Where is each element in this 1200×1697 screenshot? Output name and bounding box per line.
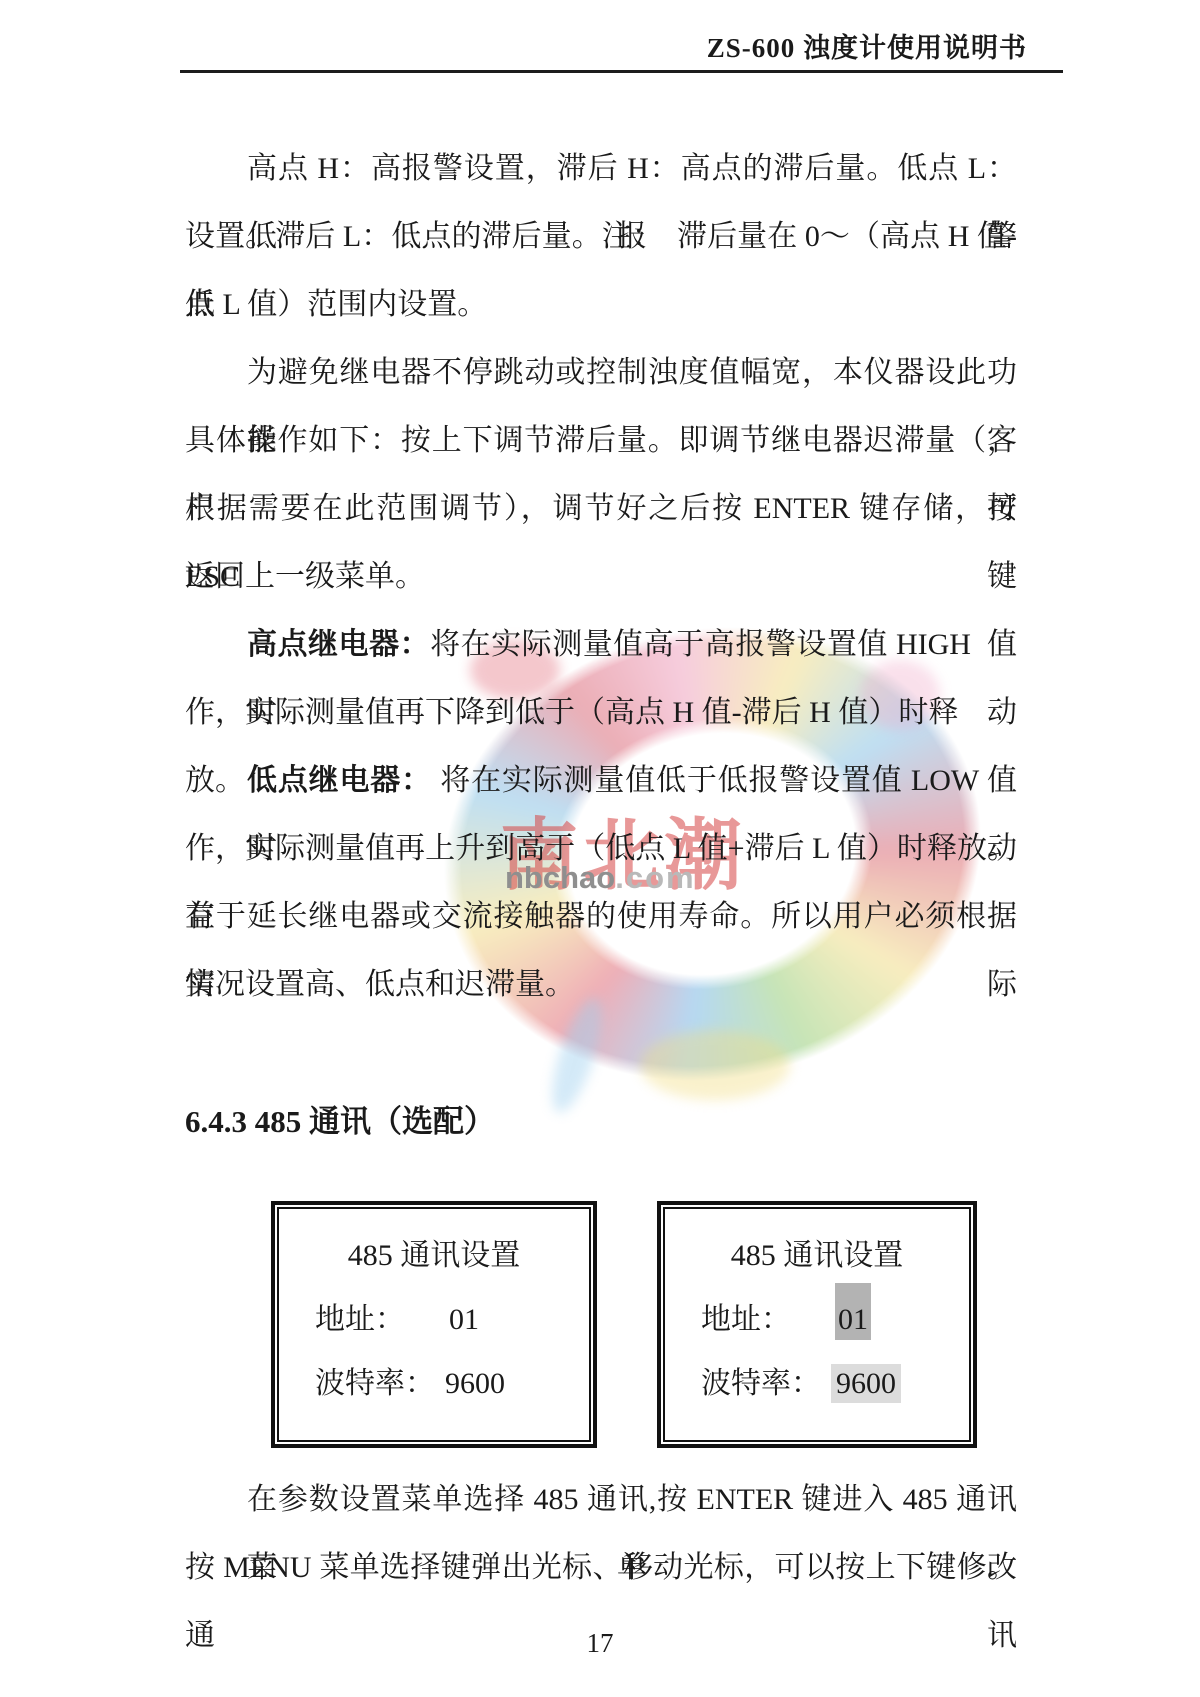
lcd-row-value: 01	[449, 1303, 479, 1336]
bold-term: 低点继电器：	[247, 764, 432, 797]
footer-paragraph: 在参数设置菜单选择 485 通讯,按 ENTER 键进入 485 通讯菜单。按 …	[185, 1466, 1017, 1602]
header-rule	[180, 70, 1063, 73]
text-line: 按 MENU 菜单选择键弹出光标、移动光标，可以按上下键修改通讯	[185, 1534, 1017, 1602]
lcd-screen-box: 485 通讯设置地址：01波特率：9600	[657, 1201, 977, 1448]
lcd-screen-row: 波特率：9600	[315, 1365, 589, 1403]
header-title: ZS-600 浊度计使用说明书	[707, 26, 1027, 65]
lcd-screen-row: 地址：01	[701, 1301, 969, 1339]
text-line: 在参数设置菜单选择 485 通讯,按 ENTER 键进入 485 通讯菜单。	[185, 1466, 1017, 1534]
lcd-row-label: 波特率：	[701, 1367, 821, 1400]
manual-page: 南北潮 nbchao.com ZS-600 浊度计使用说明书 高点 H：高报警设…	[0, 0, 1200, 1697]
lcd-row-label: 地址：	[315, 1303, 405, 1336]
page-number: 17	[0, 1628, 1200, 1659]
lcd-row-value: 9600	[445, 1367, 505, 1400]
text-line: 作，实际测量值再下降到低于（高点 H 值-滞后 H 值）时释放。	[185, 679, 1017, 747]
lcd-screen-inner-border: 485 通讯设置地址：01波特率：9600	[277, 1207, 591, 1442]
lcd-screen-title: 485 通讯设置	[279, 1237, 589, 1275]
lcd-row-value: 9600	[831, 1364, 901, 1403]
lcd-screen-row: 地址：01	[315, 1301, 589, 1339]
lcd-screen-title: 485 通讯设置	[665, 1237, 969, 1275]
text-line: 点 L 值）范围内设置。	[185, 271, 1017, 339]
text-line: 根据需要在此范围调节），调节好之后按 ENTER 键存储，按 ESC 键	[185, 475, 1017, 543]
text-line: 高点 H：高报警设置，滞后 H：高点的滞后量。低点 L：低报警	[185, 135, 1017, 203]
text-line: 设置。滞后 L：低点的滞后量。注： 滞后量在 0～（高点 H 值-低	[185, 203, 1017, 271]
lcd-screen-inner-border: 485 通讯设置地址：01波特率：9600	[663, 1207, 971, 1442]
text-line: 作，实际测量值再上升到高于（低点 L 值+滞后 L 值）时释放。有	[185, 815, 1017, 883]
text-line: 低点继电器： 将在实际测量值低于低报警设置值 LOW 值时动	[185, 747, 1017, 815]
lcd-row-label: 地址：	[701, 1303, 791, 1336]
lcd-row-label: 波特率：	[315, 1367, 435, 1400]
lcd-screens: 485 通讯设置地址：01波特率：9600485 通讯设置地址：01波特率：96…	[271, 1201, 977, 1448]
text-line: 具体操作如下：按上下调节滞后量。即调节继电器迟滞量（客户可	[185, 407, 1017, 475]
section-heading: 6.4.3 485 通讯（选配）	[185, 1096, 495, 1141]
text-line: 为避免继电器不停跳动或控制浊度值幅宽，本仪器设此功能，	[185, 339, 1017, 407]
body-paragraphs: 高点 H：高报警设置，滞后 H：高点的滞后量。低点 L：低报警设置。滞后 L：低…	[185, 135, 1017, 1019]
watermark-splash	[640, 1030, 790, 1100]
text-line: 高点继电器：将在实际测量值高于高报警设置值 HIGH 值时动	[185, 611, 1017, 679]
lcd-screen-row: 波特率：9600	[701, 1365, 969, 1403]
lcd-screen-box: 485 通讯设置地址：01波特率：9600	[271, 1201, 597, 1448]
bold-term: 高点继电器：	[247, 628, 430, 661]
lcd-row-value: 01	[835, 1283, 871, 1340]
text-line: 益于延长继电器或交流接触器的使用寿命。所以用户必须根据实际	[185, 883, 1017, 951]
